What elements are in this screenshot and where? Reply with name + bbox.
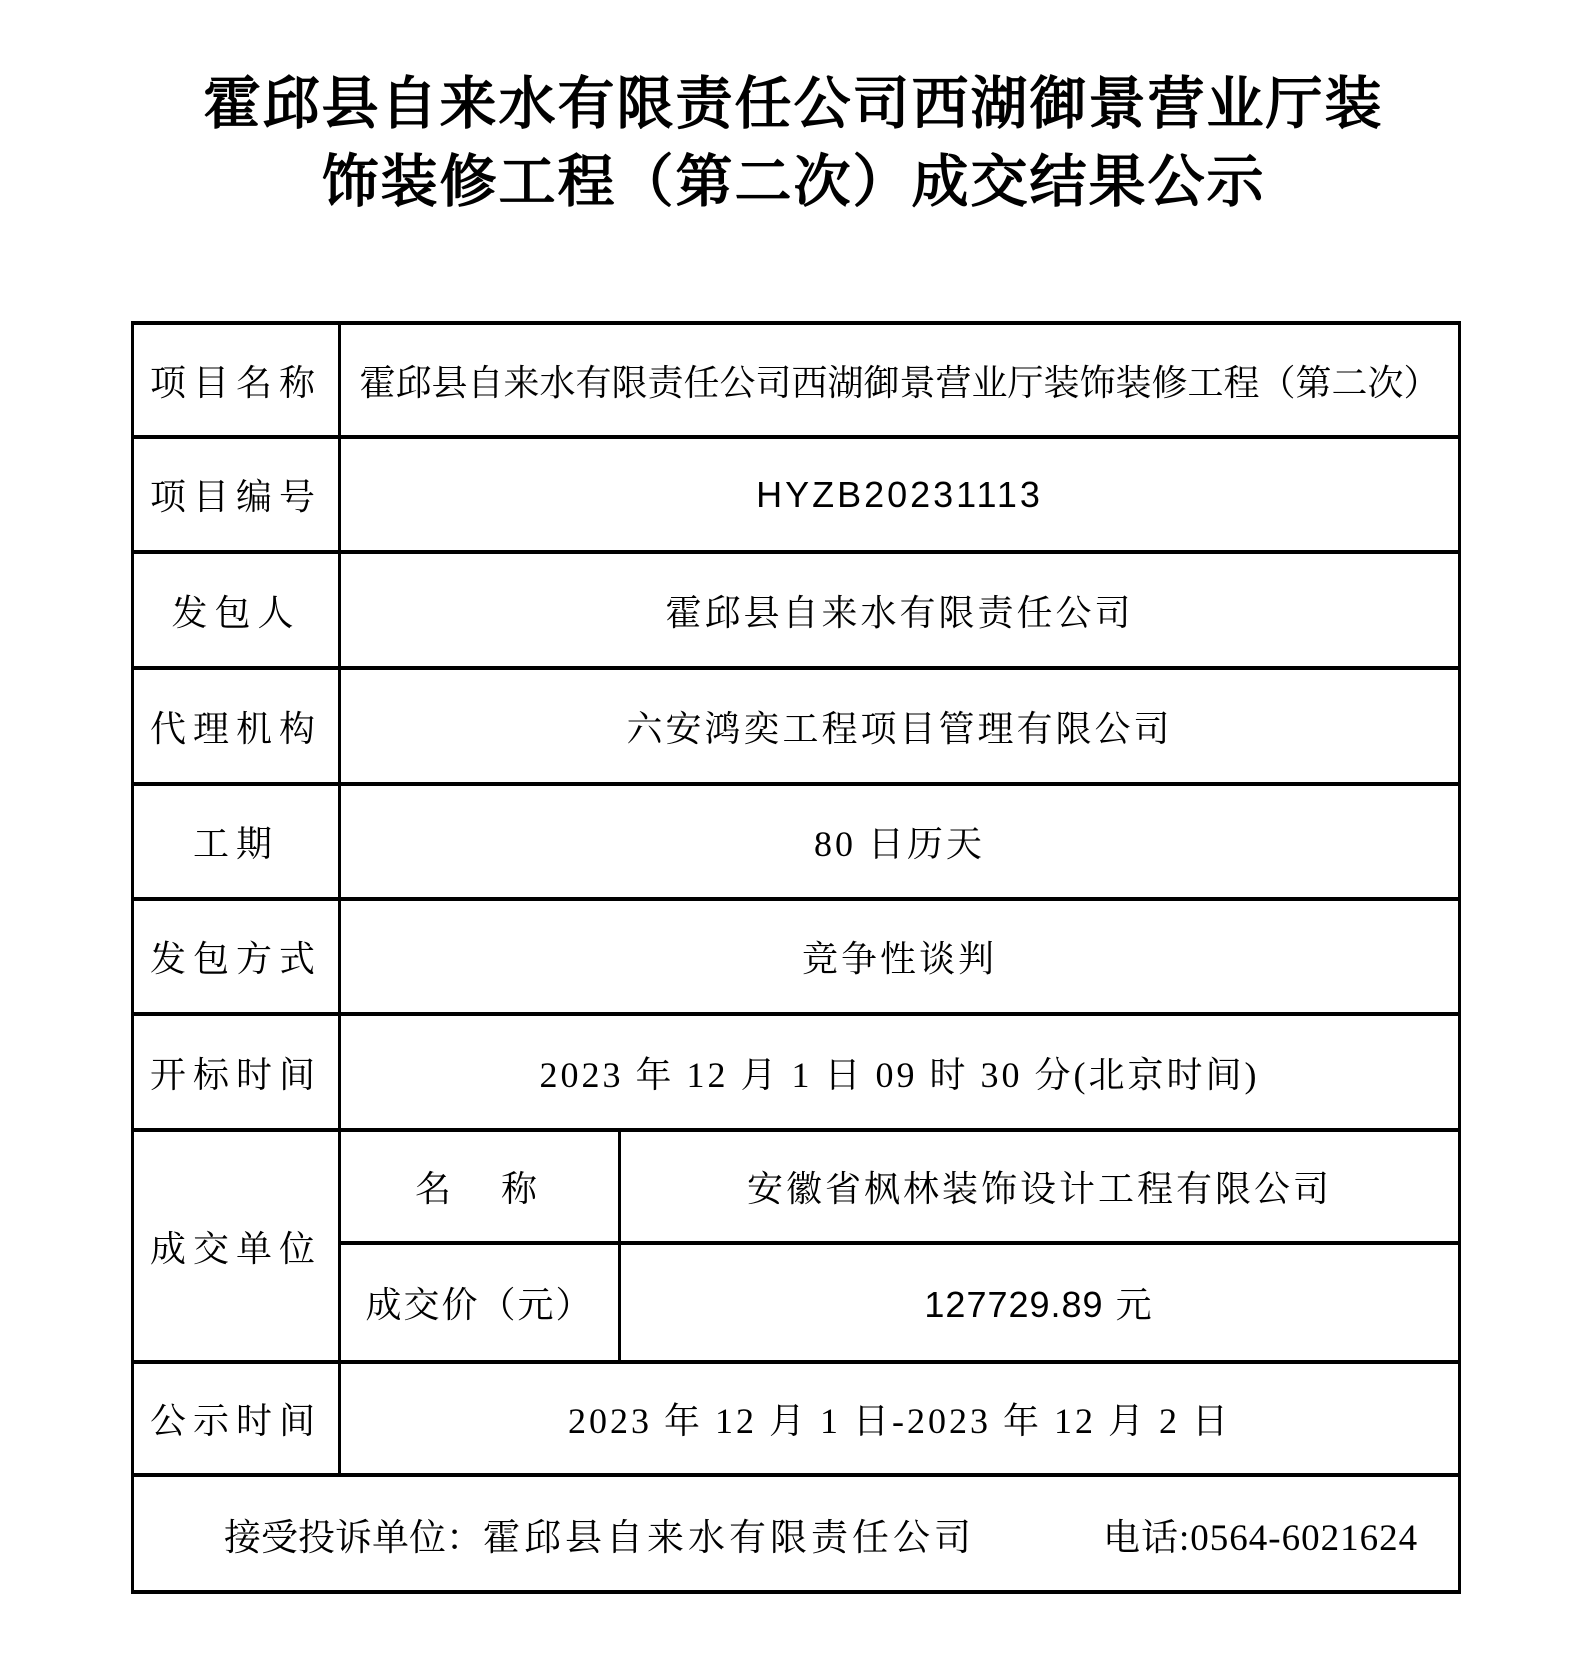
publicity-period-label: 公示时间 [133, 1362, 340, 1475]
table-row: 项目名称 霍邱县自来水有限责任公司西湖御景营业厅装饰装修工程（第二次） [133, 323, 1460, 437]
result-table: 项目名称 霍邱县自来水有限责任公司西湖御景营业厅装饰装修工程（第二次） 项目编号… [131, 321, 1461, 1594]
bid-opening-time-label: 开标时间 [133, 1014, 340, 1130]
contract-method-value: 竞争性谈判 [340, 899, 1460, 1014]
document-title-line1: 霍邱县自来水有限责任公司西湖御景营业厅装 [0, 66, 1587, 144]
project-name-label: 项目名称 [133, 323, 340, 437]
bid-opening-time-value: 2023 年 12 月 1 日 09 时 30 分(北京时间) [340, 1014, 1460, 1130]
table-row: 发包人 霍邱县自来水有限责任公司 [133, 552, 1460, 668]
document-title: 霍邱县自来水有限责任公司西湖御景营业厅装 饰装修工程（第二次）成交结果公示 [0, 66, 1587, 222]
table-row: 项目编号 HYZB20231113 [133, 437, 1460, 552]
table-row: 接受投诉单位： 霍邱县自来水有限责任公司 电话:0564-6021624 [133, 1475, 1460, 1592]
table-row: 成交单位 名 称 安徽省枫林装饰设计工程有限公司 [133, 1130, 1460, 1243]
agency-label: 代理机构 [133, 668, 340, 784]
table-row: 发包方式 竞争性谈判 [133, 899, 1460, 1014]
winner-name-label: 名 称 [340, 1130, 620, 1243]
employer-value: 霍邱县自来水有限责任公司 [340, 552, 1460, 668]
document-title-line2: 饰装修工程（第二次）成交结果公示 [0, 144, 1587, 222]
table-row: 代理机构 六安鸿奕工程项目管理有限公司 [133, 668, 1460, 784]
complaint-unit-label: 接受投诉单位： [224, 1507, 483, 1561]
agency-value: 六安鸿奕工程项目管理有限公司 [340, 668, 1460, 784]
table-row: 开标时间 2023 年 12 月 1 日 09 时 30 分(北京时间) [133, 1014, 1460, 1130]
project-number-label: 项目编号 [133, 437, 340, 552]
winner-name-value: 安徽省枫林装饰设计工程有限公司 [620, 1130, 1460, 1243]
winner-price-value: 127729.89 元 [620, 1243, 1460, 1362]
publicity-period-value: 2023 年 12 月 1 日-2023 年 12 月 2 日 [340, 1362, 1460, 1475]
table-row: 公示时间 2023 年 12 月 1 日-2023 年 12 月 2 日 [133, 1362, 1460, 1475]
complaint-row: 接受投诉单位： 霍邱县自来水有限责任公司 电话:0564-6021624 [133, 1475, 1460, 1592]
project-name-value: 霍邱县自来水有限责任公司西湖御景营业厅装饰装修工程（第二次） [340, 323, 1460, 437]
table-row: 工期 80 日历天 [133, 784, 1460, 899]
contract-method-label: 发包方式 [133, 899, 340, 1014]
winner-label: 成交单位 [133, 1130, 340, 1362]
duration-value: 80 日历天 [340, 784, 1460, 899]
winner-price-number: 127729.89 [924, 1284, 1103, 1325]
complaint-unit-value: 霍邱县自来水有限责任公司 [483, 1507, 975, 1561]
document-page: 霍邱县自来水有限责任公司西湖御景营业厅装 饰装修工程（第二次）成交结果公示 项目… [0, 0, 1587, 1679]
employer-label: 发包人 [133, 552, 340, 668]
winner-price-unit: 元 [1116, 1285, 1155, 1325]
project-number-value: HYZB20231113 [340, 437, 1460, 552]
duration-label: 工期 [133, 784, 340, 899]
complaint-line: 接受投诉单位： 霍邱县自来水有限责任公司 电话:0564-6021624 [140, 1507, 1452, 1561]
complaint-phone: 电话:0564-6021624 [1103, 1507, 1418, 1561]
winner-price-label: 成交价（元） [340, 1243, 620, 1362]
